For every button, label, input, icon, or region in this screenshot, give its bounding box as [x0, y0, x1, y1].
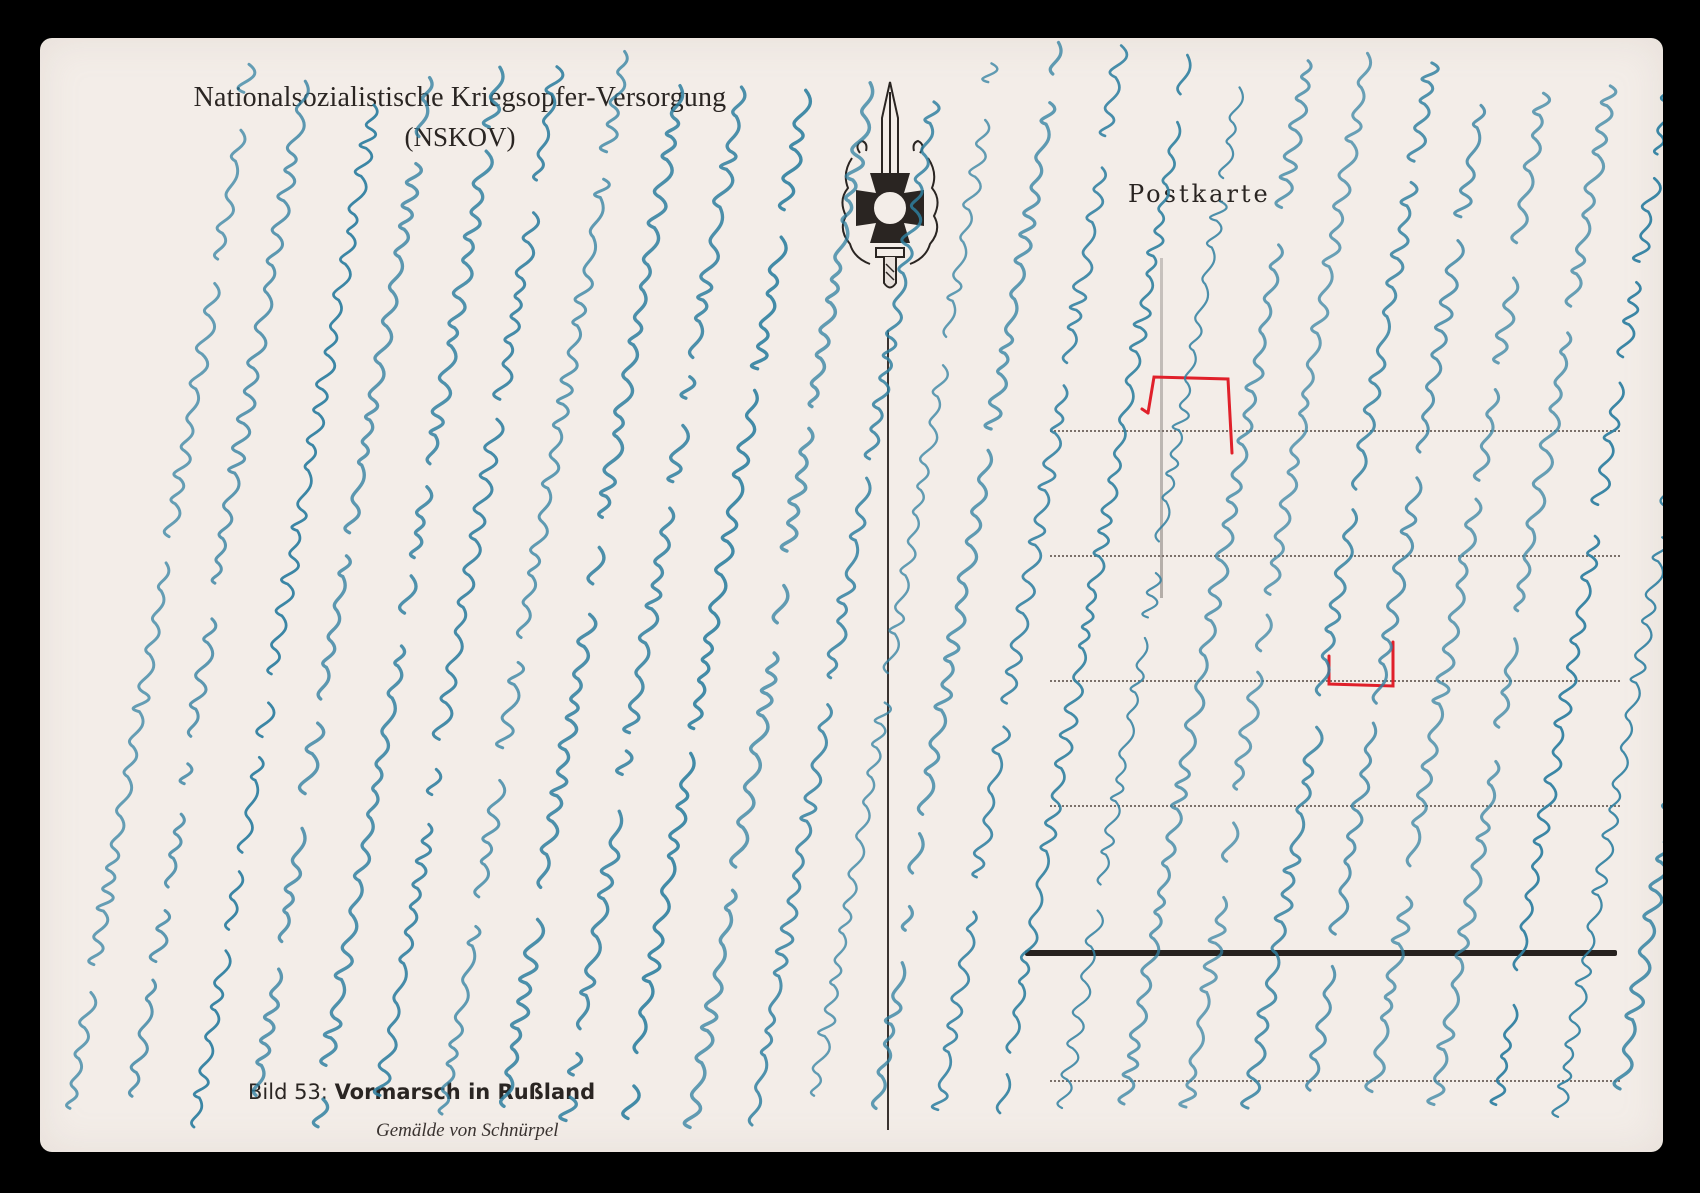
- address-line: [1050, 680, 1620, 682]
- organization-badge-icon: [830, 78, 950, 308]
- address-line: [1050, 805, 1620, 807]
- center-divider: [887, 330, 889, 1130]
- red-bracket-mark: [1140, 373, 1250, 473]
- caption-prefix: Bild 53:: [248, 1080, 335, 1104]
- address-line: [1050, 1080, 1620, 1082]
- address-line: [1050, 555, 1620, 557]
- postcard: Nationalsozialistische Kriegsopfer-Verso…: [40, 38, 1663, 1152]
- pencil-mark: [1160, 258, 1163, 598]
- caption-title: Vormarsch in Rußland: [335, 1080, 596, 1104]
- address-line: [1050, 430, 1620, 432]
- address-underline: [1025, 950, 1617, 956]
- image-caption: Bild 53: Vormarsch in Rußland: [248, 1080, 595, 1104]
- painting-credit: Gemälde von Schnürpel: [376, 1120, 559, 1142]
- organization-title: Nationalsozialistische Kriegsopfer-Verso…: [100, 82, 820, 114]
- postcard-label: Postkarte: [1128, 180, 1271, 208]
- organization-abbreviation: (NSKOV): [100, 122, 820, 153]
- red-bracket-mark: [1325, 638, 1405, 698]
